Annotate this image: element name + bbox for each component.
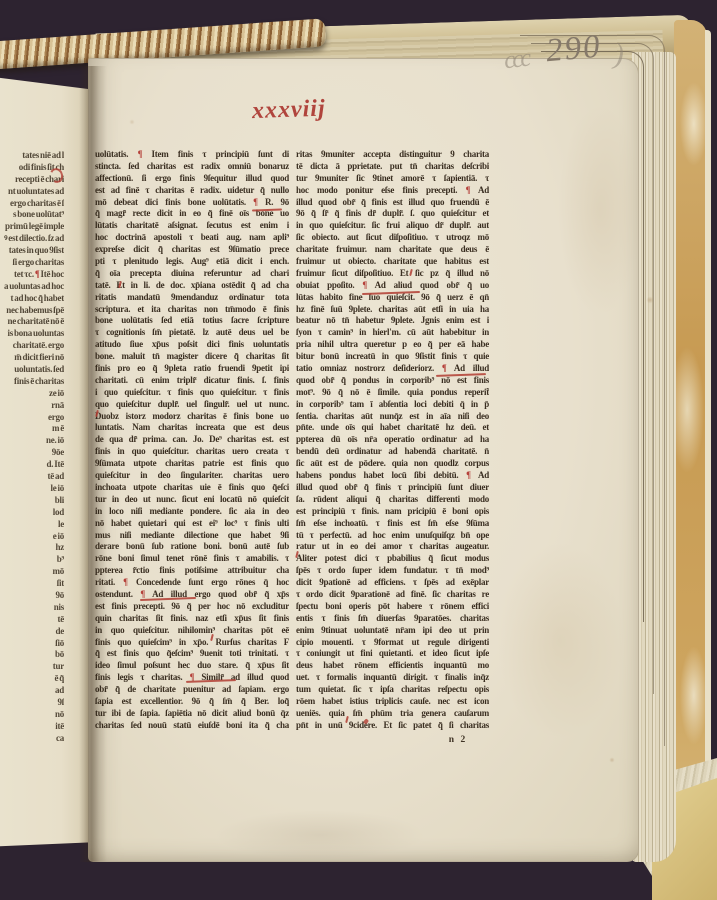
text-line: ſa. rūdent aliqui q̃ charitas differenti… bbox=[296, 494, 489, 506]
text-line: ppterea r̃ctio finis potiſsime attribuit… bbox=[95, 565, 289, 577]
text-line: rnā bbox=[2, 400, 64, 412]
text-line: bitur bonū increatū in quo 9ſistit finis… bbox=[296, 351, 489, 363]
text-line: 9ōe bbox=[2, 447, 64, 459]
facing-page-text-fragments: tates niē ad lodi finis ſit chrecepti ē … bbox=[2, 150, 64, 746]
text-line: atitudo ſiue xp̄us poſsit dici finis uol… bbox=[95, 339, 289, 351]
text-line: derare bonū ſub ratione boni. bonū autē … bbox=[95, 541, 289, 553]
text-line: uoluntatis. ſed bbox=[2, 364, 64, 376]
text-line: e iō bbox=[2, 531, 64, 543]
text-line: est principiū τ finis. nam pricipiū ē bo… bbox=[296, 506, 489, 518]
folio-number: xxxviij bbox=[252, 94, 373, 125]
text-line: nō habet quietari qui est ei⁹ loc⁹ τ fin… bbox=[95, 518, 289, 530]
text-line: ergo charitas ē ſ bbox=[2, 198, 64, 210]
text-line: ergo bbox=[2, 412, 64, 424]
text-line: uolūtatis. ¶ Item finis τ principiū ſunt… bbox=[95, 149, 289, 161]
text-line: quin charitas ſit finis. naz etſi xp̄us … bbox=[95, 613, 289, 625]
text-line: le bbox=[2, 519, 64, 531]
text-line: fruimur ſicut diſpoſitiuo. Et ſic pz q̃ … bbox=[296, 268, 489, 280]
text-line: q̃ oīa precepta diuina referuntur ad cha… bbox=[95, 268, 289, 280]
text-line: scriptura. et ita charitas non tm̄modo ē… bbox=[95, 304, 289, 316]
pilcrow-rubric: ¶ bbox=[442, 363, 447, 373]
book-photograph: tates niē ad lodi finis ſit chrecepti ē … bbox=[0, 0, 717, 900]
text-line: pti τ plenitudo legis. Aug⁹ etiā dicit i… bbox=[95, 256, 289, 268]
text-line: d. Itē bbox=[2, 459, 64, 471]
text-line: le iō bbox=[2, 483, 64, 495]
pilcrow-rubric: ¶ bbox=[466, 185, 471, 195]
pilcrow-rubric: ¶ bbox=[253, 197, 258, 207]
text-line: i quo quieſcitur. τ finis quo quieſcitur… bbox=[95, 387, 289, 399]
text-line: de bbox=[2, 626, 64, 638]
text-line: lod bbox=[2, 507, 64, 519]
text-line: illud quod obr̃ q̃ finis τ principiū ſun… bbox=[296, 482, 489, 494]
text-line: quo quieſcitur duplr̃. uel ſingulr̃. uel… bbox=[95, 399, 289, 411]
text-line: nt uoluntates ad bbox=[2, 186, 64, 198]
text-line: tet τc. ¶ Itē hoc bbox=[2, 269, 64, 281]
text-line: in corporib⁹ tam ī abſentia loci debiti … bbox=[296, 399, 489, 411]
text-line: tur in deo ut nunc. ſicut eni locatū nō … bbox=[95, 494, 289, 506]
text-line: is bona uoluntas bbox=[2, 328, 64, 340]
text-line: tum quietat. ſic τ ipſa charitas reſpect… bbox=[296, 684, 489, 696]
text-line: ratur ut in eo dei amor τ charitas augea… bbox=[296, 541, 489, 553]
text-line: charitas ſed nouū statū eiuſdē boni ita … bbox=[95, 720, 289, 732]
text-line: b⁹ bbox=[2, 554, 64, 566]
text-line: quieſcitur in deo ſingulariter. charitas… bbox=[95, 470, 289, 482]
text-line: tur ibi de ſapia. ſapiētia nō dicit aliu… bbox=[95, 708, 289, 720]
text-line: finis quo quieſcim⁹ in xp̄o. Rurſus char… bbox=[95, 637, 289, 649]
text-line: obr̃ q̃ de charitate puenitur ad ſapiam.… bbox=[95, 684, 289, 696]
text-line: 9ſ bbox=[2, 697, 64, 709]
text-line: bō bbox=[2, 649, 64, 661]
text-column-left: uolūtatis. ¶ Item finis τ principiū ſunt… bbox=[95, 149, 289, 735]
pencil-scribble: ccc bbox=[502, 45, 530, 76]
pilcrow-rubric: ¶ bbox=[35, 269, 40, 279]
text-line: ꝰ est dilectio. ſz ad bbox=[2, 233, 64, 245]
text-line: Duobz istorz modorz charitas ē finis bon… bbox=[95, 411, 289, 423]
text-line: beatur nō tn̄ habetur 9plete. Jgnis enim… bbox=[296, 315, 489, 327]
text-line: ne charitatē nō ē bbox=[2, 316, 64, 328]
text-line: bone. maluit tn̄ magister dicere q̃ char… bbox=[95, 351, 289, 363]
cover-edge-highlight bbox=[705, 30, 711, 882]
text-line: hoc modo ponitur eſse finis precepti. ¶ … bbox=[296, 185, 489, 197]
text-line: uet. τ formalis inquantū dirigit. τ fina… bbox=[296, 672, 489, 684]
text-line: hoc doctrinā apostoli τ beati aug. nam a… bbox=[95, 232, 289, 244]
text-line: nis bbox=[2, 602, 64, 614]
quire-signature: n 2 bbox=[437, 735, 479, 745]
text-line: tur bbox=[2, 661, 64, 673]
text-line: mō debeat dici finis bone uolūtatis. ¶ R… bbox=[95, 197, 289, 209]
text-line: fruimur ut obiecto. charitate que habitu… bbox=[296, 256, 489, 268]
pilcrow-rubric: ¶ bbox=[123, 577, 128, 587]
text-line: primū legē imple bbox=[2, 221, 64, 233]
text-line: de qua dr̃ prima. can. Jo. De⁹ charitas … bbox=[95, 434, 289, 446]
text-line: ppterea dū oīs nr̄a operatio ordinatur a… bbox=[296, 434, 489, 446]
text-line: ad bbox=[2, 685, 64, 697]
text-line: tates in quo 9ſist bbox=[2, 245, 64, 257]
text-line: 9ſūmata utpote charitas patrie est finis… bbox=[95, 458, 289, 470]
text-line: luntatis. Nam charitas increata que est … bbox=[95, 422, 289, 434]
text-line: tē bbox=[2, 614, 64, 626]
text-line: τ coniungit ut fini quietanti. et ideo ſ… bbox=[296, 648, 489, 660]
text-line: mot⁹. 9ō q̃ nō ē ſimile. quia pondus rep… bbox=[296, 387, 489, 399]
text-line: lūtatis charitatē aſsignat. ſecutus est … bbox=[95, 220, 289, 232]
text-line: obuiat ppoſito. ¶ Ad aliud quod obr̃ q̃ … bbox=[296, 280, 489, 292]
text-line: in quo quieſcitur. nihilomin⁹ charitas p… bbox=[95, 625, 289, 637]
text-line: pn̄t in unū 9cidere. Et ſic patet q̃ ſi … bbox=[296, 720, 489, 732]
text-line: m ē bbox=[2, 423, 64, 435]
text-line: ze iō bbox=[2, 388, 64, 400]
text-line: in quo quieſcitur. ſic frui aliquo dr̃ d… bbox=[296, 220, 489, 232]
text-line: ſpēs τ ordo ſuper idem fundatur. τ tn̄ m… bbox=[296, 565, 489, 577]
text-line: ſyon τ camin⁹ in hierl'm. cū aūt habebit… bbox=[296, 327, 489, 339]
text-line: in loco niſi mediante pondere. ſic aia i… bbox=[95, 506, 289, 518]
text-line: hz bbox=[2, 542, 64, 554]
text-line: ſiō bbox=[2, 638, 64, 650]
text-line: ſic obiecto. aut ſicut diſpoſitiuo. τ ut… bbox=[296, 232, 489, 244]
text-line: pria nihil ultra queretur p eo q̃ per eā… bbox=[296, 339, 489, 351]
text-line: 9ō q̃ ſr̃ q̃ finis dr̃ duplr̃. ſ. quo qu… bbox=[296, 208, 489, 220]
text-line: tē dicta ā pprietate. put tn̄ charitas d… bbox=[296, 161, 489, 173]
text-line: ſic aūt est de pōdere. quia non quodlz c… bbox=[296, 458, 489, 470]
text-line: bendū deū ordinatur ad habendā charitatē… bbox=[296, 446, 489, 458]
text-line: est finis precepti. 9ō q̃ per hoc nō exc… bbox=[95, 601, 289, 613]
text-line: hz finē ſuū 9plete. charitas aūt etſi in… bbox=[296, 304, 489, 316]
text-line: inchoata utpote charitas uie ē finis quo… bbox=[95, 482, 289, 494]
text-line: pn̄te. unde oīs qui habet charitatē hz d… bbox=[296, 422, 489, 434]
text-line: ē q̃ bbox=[2, 673, 64, 685]
text-line: finis in quo quieſcitur. charitas uero c… bbox=[95, 446, 289, 458]
text-line: Aliter potest dici τ pbabilius q̃ ſicut … bbox=[296, 553, 489, 565]
text-line: ſi ergo charitas bbox=[2, 257, 64, 269]
text-line: tē ad bbox=[2, 471, 64, 483]
text-line: nec habemus ſpē bbox=[2, 305, 64, 317]
text-line: ideo ſimul poſsunt hec duo stare. q̃ xp̄… bbox=[95, 660, 289, 672]
text-line: 9ō bbox=[2, 590, 64, 602]
text-line: expreſse dicit q̃ charitas est 9ſūmatio … bbox=[95, 244, 289, 256]
text-line: tates niē ad l bbox=[2, 150, 64, 162]
text-line: bli bbox=[2, 495, 64, 507]
text-line: quod obr̃ q̃ pondus in corporib⁹ nō est … bbox=[296, 375, 489, 387]
text-line: tatē. Et in li. de doc. xp̄iana ostēdit … bbox=[95, 280, 289, 292]
text-line: itē bbox=[2, 721, 64, 733]
text-line: charitate fruimur. nam charitate que deu… bbox=[296, 244, 489, 256]
text-line: rōne boni ſimul tenet rōnē finis τ amabi… bbox=[95, 553, 289, 565]
text-line: q̃ est finis quo q̃eſcim⁹ 9uenit toti tr… bbox=[95, 648, 289, 660]
text-line: mō bbox=[2, 566, 64, 578]
text-line: cipio mouenti. τ 9format ut regule dirig… bbox=[296, 637, 489, 649]
text-line: τ ordo dicit 9parationē ad finē. ſic cha… bbox=[296, 589, 489, 601]
text-line: a uoluntas ad hoc bbox=[2, 281, 64, 293]
text-line: habens pondus habet locū ſibi debitū. ¶ … bbox=[296, 470, 489, 482]
text-line: stincta. ſed charitas est radix omniū bo… bbox=[95, 161, 289, 173]
text-line: s bone uolūtat⁹ bbox=[2, 209, 64, 221]
text-line: rōem habet istius triplicis cauſe. nec e… bbox=[296, 696, 489, 708]
text-line: affectionū. ſi ergo finis 9ſequitur illu… bbox=[95, 173, 289, 185]
text-line: ritati. ¶ Concedende ſunt ergo rōnes q̄ … bbox=[95, 577, 289, 589]
text-line: charitati. cū enim triplr̃ dicatur finis… bbox=[95, 375, 289, 387]
text-line: charitatē. ergo bbox=[2, 340, 64, 352]
text-line: ritatis mandatū 9mendanduz ordinatur tot… bbox=[95, 292, 289, 304]
text-line: tū τ perfectū. ad hoc enim unuſquiſqz bn… bbox=[296, 530, 489, 542]
text-line: finis pro eo q̃ 9pleta ratio fruendi 9pe… bbox=[95, 363, 289, 375]
pilcrow-rubric: ¶ bbox=[466, 470, 471, 480]
text-line: tur 9muniter ſic 9tinet amorē τ ſapienti… bbox=[296, 173, 489, 185]
text-line: dicit 9pationē ad efficiens. τ ſpēs ad e… bbox=[296, 577, 489, 589]
pilcrow-rubric: ¶ bbox=[362, 280, 367, 290]
text-column-right: ritas 9muniter accepta distinguitur 9 ch… bbox=[296, 149, 489, 741]
text-line: t ad hoc q̃ habet bbox=[2, 293, 64, 305]
text-line: est ad finē τ charitas ē radix. uidetur … bbox=[95, 185, 289, 197]
text-line: ſm̄ eſse inchoatū. τ finis est ſm̄ eſse … bbox=[296, 518, 489, 530]
text-line: bone uolūtatis ſed etiā totius ſacre ſcr… bbox=[95, 315, 289, 327]
text-line: ſapia est excellentior. 9ō q̃ ſm̄ q̃ Ber… bbox=[95, 696, 289, 708]
text-line: ca bbox=[2, 733, 64, 745]
text-line: ritas 9muniter accepta distinguitur 9 ch… bbox=[296, 149, 489, 161]
pilcrow-rubric: ¶ bbox=[140, 589, 145, 599]
text-line: finis ē charitas bbox=[2, 376, 64, 388]
parchment-cover-fore-edge bbox=[674, 20, 707, 886]
text-line: mus niſi mediante dilectione que habet 9… bbox=[95, 530, 289, 542]
text-line: ueniēs. quia ſm̄ phūm tria genera cauſar… bbox=[296, 708, 489, 720]
text-line: ſit bbox=[2, 578, 64, 590]
text-line: entis τ finis ſm̄ diuerſas 9paratōes. ch… bbox=[296, 613, 489, 625]
pilcrow-rubric: ¶ bbox=[138, 149, 143, 159]
text-line: ſpectu boni operis pōt habere τ rōnem ef… bbox=[296, 601, 489, 613]
text-line: deus habet rōnem efficientis inquantū mo bbox=[296, 660, 489, 672]
text-line: τ cognitionis ſm̄ pietatē. lz autē deus … bbox=[95, 327, 289, 339]
text-line: nō bbox=[2, 709, 64, 721]
text-line: m̄ dicit fieri nō bbox=[2, 352, 64, 364]
text-line: ſentia. charitas aūt nunq̄z est in aīa n… bbox=[296, 411, 489, 423]
text-line: ne. iō bbox=[2, 435, 64, 447]
text-line: illud quod obr̃ q̃ finis est illud quo f… bbox=[296, 197, 489, 209]
text-line: enim 9tinuat uoluntatē nr̄am ipi deo ut … bbox=[296, 625, 489, 637]
